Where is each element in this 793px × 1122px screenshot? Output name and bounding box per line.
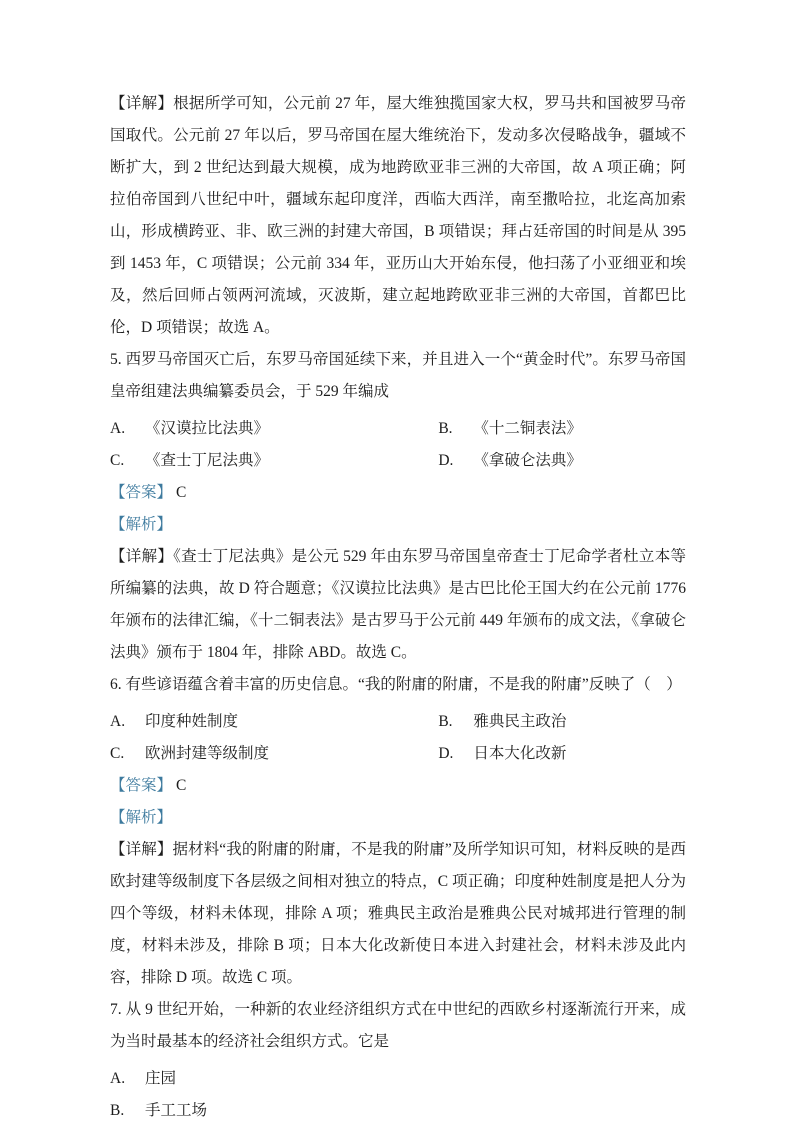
answer-value: C <box>176 777 186 794</box>
question-7-stem: 7. 从 9 世纪开始，一种新的农业经济组织方式在中世纪的西欧乡村逐渐流行开来，… <box>110 994 686 1058</box>
option-q5-a: A.《汉谟拉比法典》 <box>110 413 438 445</box>
answer-label: 【答案】 <box>110 777 172 794</box>
option-text: 手工工场 <box>145 1095 207 1122</box>
question-6-options: A.印度种姓制度 B.雅典民主政治 C.欧洲封建等级制度 D.日本大化改新 <box>110 706 686 770</box>
option-text: 《拿破仑法典》 <box>473 445 582 477</box>
option-q5-d: D.《拿破仑法典》 <box>438 445 686 477</box>
detail-label: 【详解】 <box>110 841 172 858</box>
question-6-stem: 6. 有些谚语蕴含着丰富的历史信息。“我的附庸的附庸，不是我的附庸”反映了（ ） <box>110 669 686 701</box>
option-text: 《查士丁尼法典》 <box>145 445 269 477</box>
q6-detail-paragraph: 【详解】据材料“我的附庸的附庸，不是我的附庸”及所学知识可知，材料反映的是西欧封… <box>110 834 686 994</box>
answer-label: 【答案】 <box>110 484 172 501</box>
option-q7-b: B.手工工场 <box>110 1095 686 1122</box>
q6-analysis-line: 【解析】 <box>110 802 686 834</box>
option-letter: A. <box>110 1063 131 1095</box>
detail-text: 根据所学可知，公元前 27 年，屋大维独揽国家大权，罗马共和国被罗马帝国取代。公… <box>110 95 686 336</box>
option-letter: C. <box>110 738 131 770</box>
option-letter: D. <box>438 738 459 770</box>
option-text: 印度种姓制度 <box>145 706 238 738</box>
question-7-options: A.庄园 B.手工工场 <box>110 1063 686 1122</box>
detail-label: 【详解】 <box>110 95 173 112</box>
answer-value: C <box>176 484 186 501</box>
option-q6-b: B.雅典民主政治 <box>438 706 686 738</box>
question-5-stem: 5. 西罗马帝国灭亡后，东罗马帝国延续下来，并且进入一个“黄金时代”。东罗马帝国… <box>110 344 686 408</box>
option-letter: A. <box>110 413 131 445</box>
option-q6-a: A.印度种姓制度 <box>110 706 438 738</box>
q6-answer-line: 【答案】C <box>110 770 686 802</box>
option-text: 欧洲封建等级制度 <box>145 738 269 770</box>
option-text: 庄园 <box>145 1063 176 1095</box>
q5-answer-line: 【答案】C <box>110 477 686 509</box>
q5-analysis-line: 【解析】 <box>110 509 686 541</box>
option-text: 《十二铜表法》 <box>473 413 582 445</box>
option-letter: D. <box>438 445 459 477</box>
option-letter: C. <box>110 445 131 477</box>
analysis-label: 【解析】 <box>110 516 172 533</box>
detail-label: 【详解】 <box>110 548 173 565</box>
option-q5-b: B.《十二铜表法》 <box>438 413 686 445</box>
document-page: 【详解】根据所学可知，公元前 27 年，屋大维独揽国家大权，罗马共和国被罗马帝国… <box>0 0 793 1122</box>
option-text: 日本大化改新 <box>473 738 566 770</box>
option-letter: B. <box>438 706 459 738</box>
detail-text: 据材料“我的附庸的附庸，不是我的附庸”及所学知识可知，材料反映的是西欧封建等级制… <box>110 841 686 986</box>
q4-detail-paragraph: 【详解】根据所学可知，公元前 27 年，屋大维独揽国家大权，罗马共和国被罗马帝国… <box>110 88 686 344</box>
option-letter: B. <box>438 413 459 445</box>
option-text: 雅典民主政治 <box>473 706 566 738</box>
option-q6-c: C.欧洲封建等级制度 <box>110 738 438 770</box>
option-letter: A. <box>110 706 131 738</box>
option-q5-c: C.《查士丁尼法典》 <box>110 445 438 477</box>
detail-text: 《查士丁尼法典》是公元 529 年由东罗马帝国皇帝查士丁尼命学者杜立本等所编纂的… <box>110 548 686 661</box>
q5-detail-paragraph: 【详解】《查士丁尼法典》是公元 529 年由东罗马帝国皇帝查士丁尼命学者杜立本等… <box>110 541 686 669</box>
option-text: 《汉谟拉比法典》 <box>145 413 269 445</box>
analysis-label: 【解析】 <box>110 809 172 826</box>
option-letter: B. <box>110 1095 131 1122</box>
option-q6-d: D.日本大化改新 <box>438 738 686 770</box>
question-5-options: A.《汉谟拉比法典》 B.《十二铜表法》 C.《查士丁尼法典》 D.《拿破仑法典… <box>110 413 686 477</box>
option-q7-a: A.庄园 <box>110 1063 686 1095</box>
